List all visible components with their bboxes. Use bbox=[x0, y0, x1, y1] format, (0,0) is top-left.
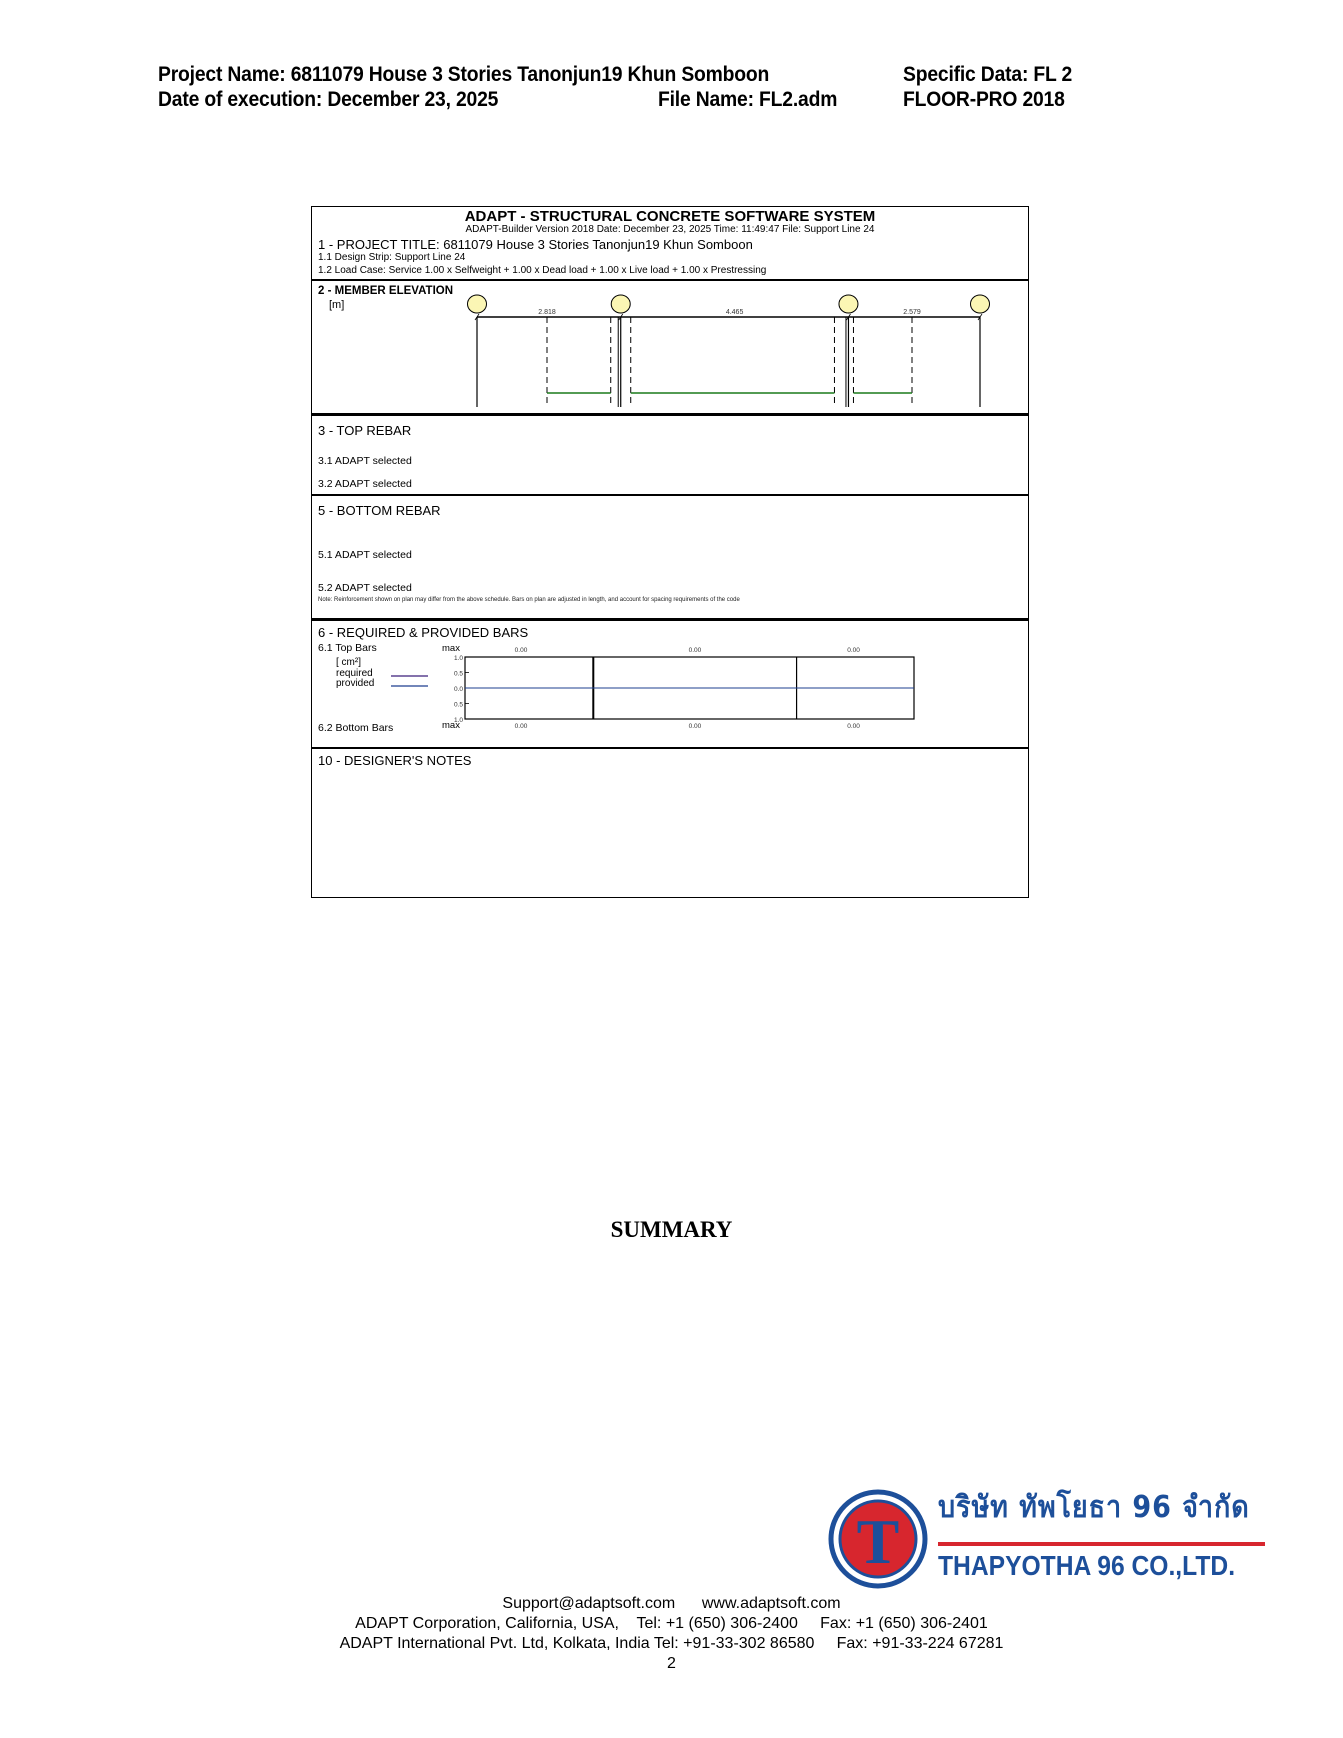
svg-text:0.5: 0.5 bbox=[454, 671, 463, 678]
header-file-name: File Name: FL2.adm bbox=[658, 87, 837, 112]
svg-text:0.00: 0.00 bbox=[689, 647, 702, 654]
svg-text:0.00: 0.00 bbox=[515, 723, 528, 730]
report-title: ADAPT - STRUCTURAL CONCRETE SOFTWARE SYS… bbox=[312, 208, 1028, 225]
footer-contact: Support@adaptsoft.com www.adaptsoft.com bbox=[0, 1594, 1343, 1614]
svg-text:max: max bbox=[442, 643, 460, 654]
report-frame: ADAPT - STRUCTURAL CONCRETE SOFTWARE SYS… bbox=[311, 206, 1029, 898]
top-rebar-item-2: 3.2 ADAPT selected bbox=[318, 478, 412, 490]
top-rebar-heading: 3 - TOP REBAR bbox=[318, 423, 411, 438]
svg-text:0.0: 0.0 bbox=[454, 686, 463, 693]
company-logo: T บริษัท ทัพโยธา 96 จำกัด THAPYOTHA 96 C… bbox=[826, 1478, 1272, 1600]
bottom-rebar-heading: 5 - BOTTOM REBAR bbox=[318, 503, 441, 518]
section-bottom-rebar: 5 - BOTTOM REBAR 5.1 ADAPT selected 5.2 … bbox=[312, 496, 1028, 618]
section-member-elevation: 2 - MEMBER ELEVATION [m] 2.8184.4652.579 bbox=[312, 281, 1028, 413]
required-provided-chart: maxmax1.00.50.00.51.00.000.000.000.000.0… bbox=[312, 621, 1028, 747]
header-product: FLOOR-PRO 2018 bbox=[903, 87, 1065, 112]
load-case: 1.2 Load Case: Service 1.00 x Selfweight… bbox=[318, 265, 766, 276]
logo-divider-bar bbox=[938, 1542, 1265, 1546]
section-designer-notes: 10 - DESIGNER'S NOTES bbox=[312, 749, 1028, 897]
header-project-name: Project Name: 6811079 House 3 Stories Ta… bbox=[158, 62, 769, 87]
svg-text:0.00: 0.00 bbox=[847, 647, 860, 654]
footer-usa-address: ADAPT Corporation, California, USA, Tel:… bbox=[0, 1614, 1343, 1634]
project-title: 1 - PROJECT TITLE: 6811079 House 3 Stori… bbox=[318, 237, 753, 252]
section-top-rebar: 3 - TOP REBAR 3.1 ADAPT selected 3.2 ADA… bbox=[312, 416, 1028, 502]
svg-text:0.00: 0.00 bbox=[847, 723, 860, 730]
page-number: 2 bbox=[0, 1654, 1343, 1674]
member-elevation-drawing: 2.8184.4652.579 bbox=[312, 281, 1028, 413]
design-strip: 1.1 Design Strip: Support Line 24 bbox=[318, 252, 465, 263]
bottom-rebar-item-2: 5.2 ADAPT selected bbox=[318, 582, 412, 594]
report-subline: ADAPT-Builder Version 2018 Date: Decembe… bbox=[312, 224, 1028, 235]
svg-text:T: T bbox=[857, 1506, 900, 1577]
svg-text:0.00: 0.00 bbox=[689, 723, 702, 730]
company-name-thai: บริษัท ทัพโยธา 96 จำกัด bbox=[938, 1484, 1250, 1531]
svg-text:4.465: 4.465 bbox=[726, 309, 744, 316]
bottom-rebar-item-1: 5.1 ADAPT selected bbox=[318, 549, 412, 561]
company-monogram-icon: T bbox=[826, 1487, 930, 1591]
company-name-english: THAPYOTHA 96 CO.,LTD. bbox=[938, 1550, 1235, 1582]
svg-text:2.579: 2.579 bbox=[903, 309, 921, 316]
footer-india-address: ADAPT International Pvt. Ltd, Kolkata, I… bbox=[0, 1634, 1343, 1654]
header-specific-data: Specific Data: FL 2 bbox=[903, 62, 1072, 87]
svg-text:1.0: 1.0 bbox=[454, 655, 463, 662]
svg-text:0.00: 0.00 bbox=[515, 647, 528, 654]
section-required-provided: 6 - REQUIRED & PROVIDED BARS 6.1 Top Bar… bbox=[312, 621, 1028, 747]
summary-heading: SUMMARY bbox=[0, 1217, 1343, 1243]
section-project-info: ADAPT - STRUCTURAL CONCRETE SOFTWARE SYS… bbox=[312, 207, 1028, 279]
svg-text:0.5: 0.5 bbox=[454, 702, 463, 709]
bottom-rebar-note: Note: Reinforcement shown on plan may di… bbox=[318, 597, 740, 603]
header-date-of-execution: Date of execution: December 23, 2025 bbox=[158, 87, 498, 112]
svg-text:1.0: 1.0 bbox=[454, 717, 463, 724]
svg-text:2.818: 2.818 bbox=[538, 309, 556, 316]
designer-notes-heading: 10 - DESIGNER'S NOTES bbox=[318, 753, 471, 768]
top-rebar-item-1: 3.1 ADAPT selected bbox=[318, 455, 412, 467]
